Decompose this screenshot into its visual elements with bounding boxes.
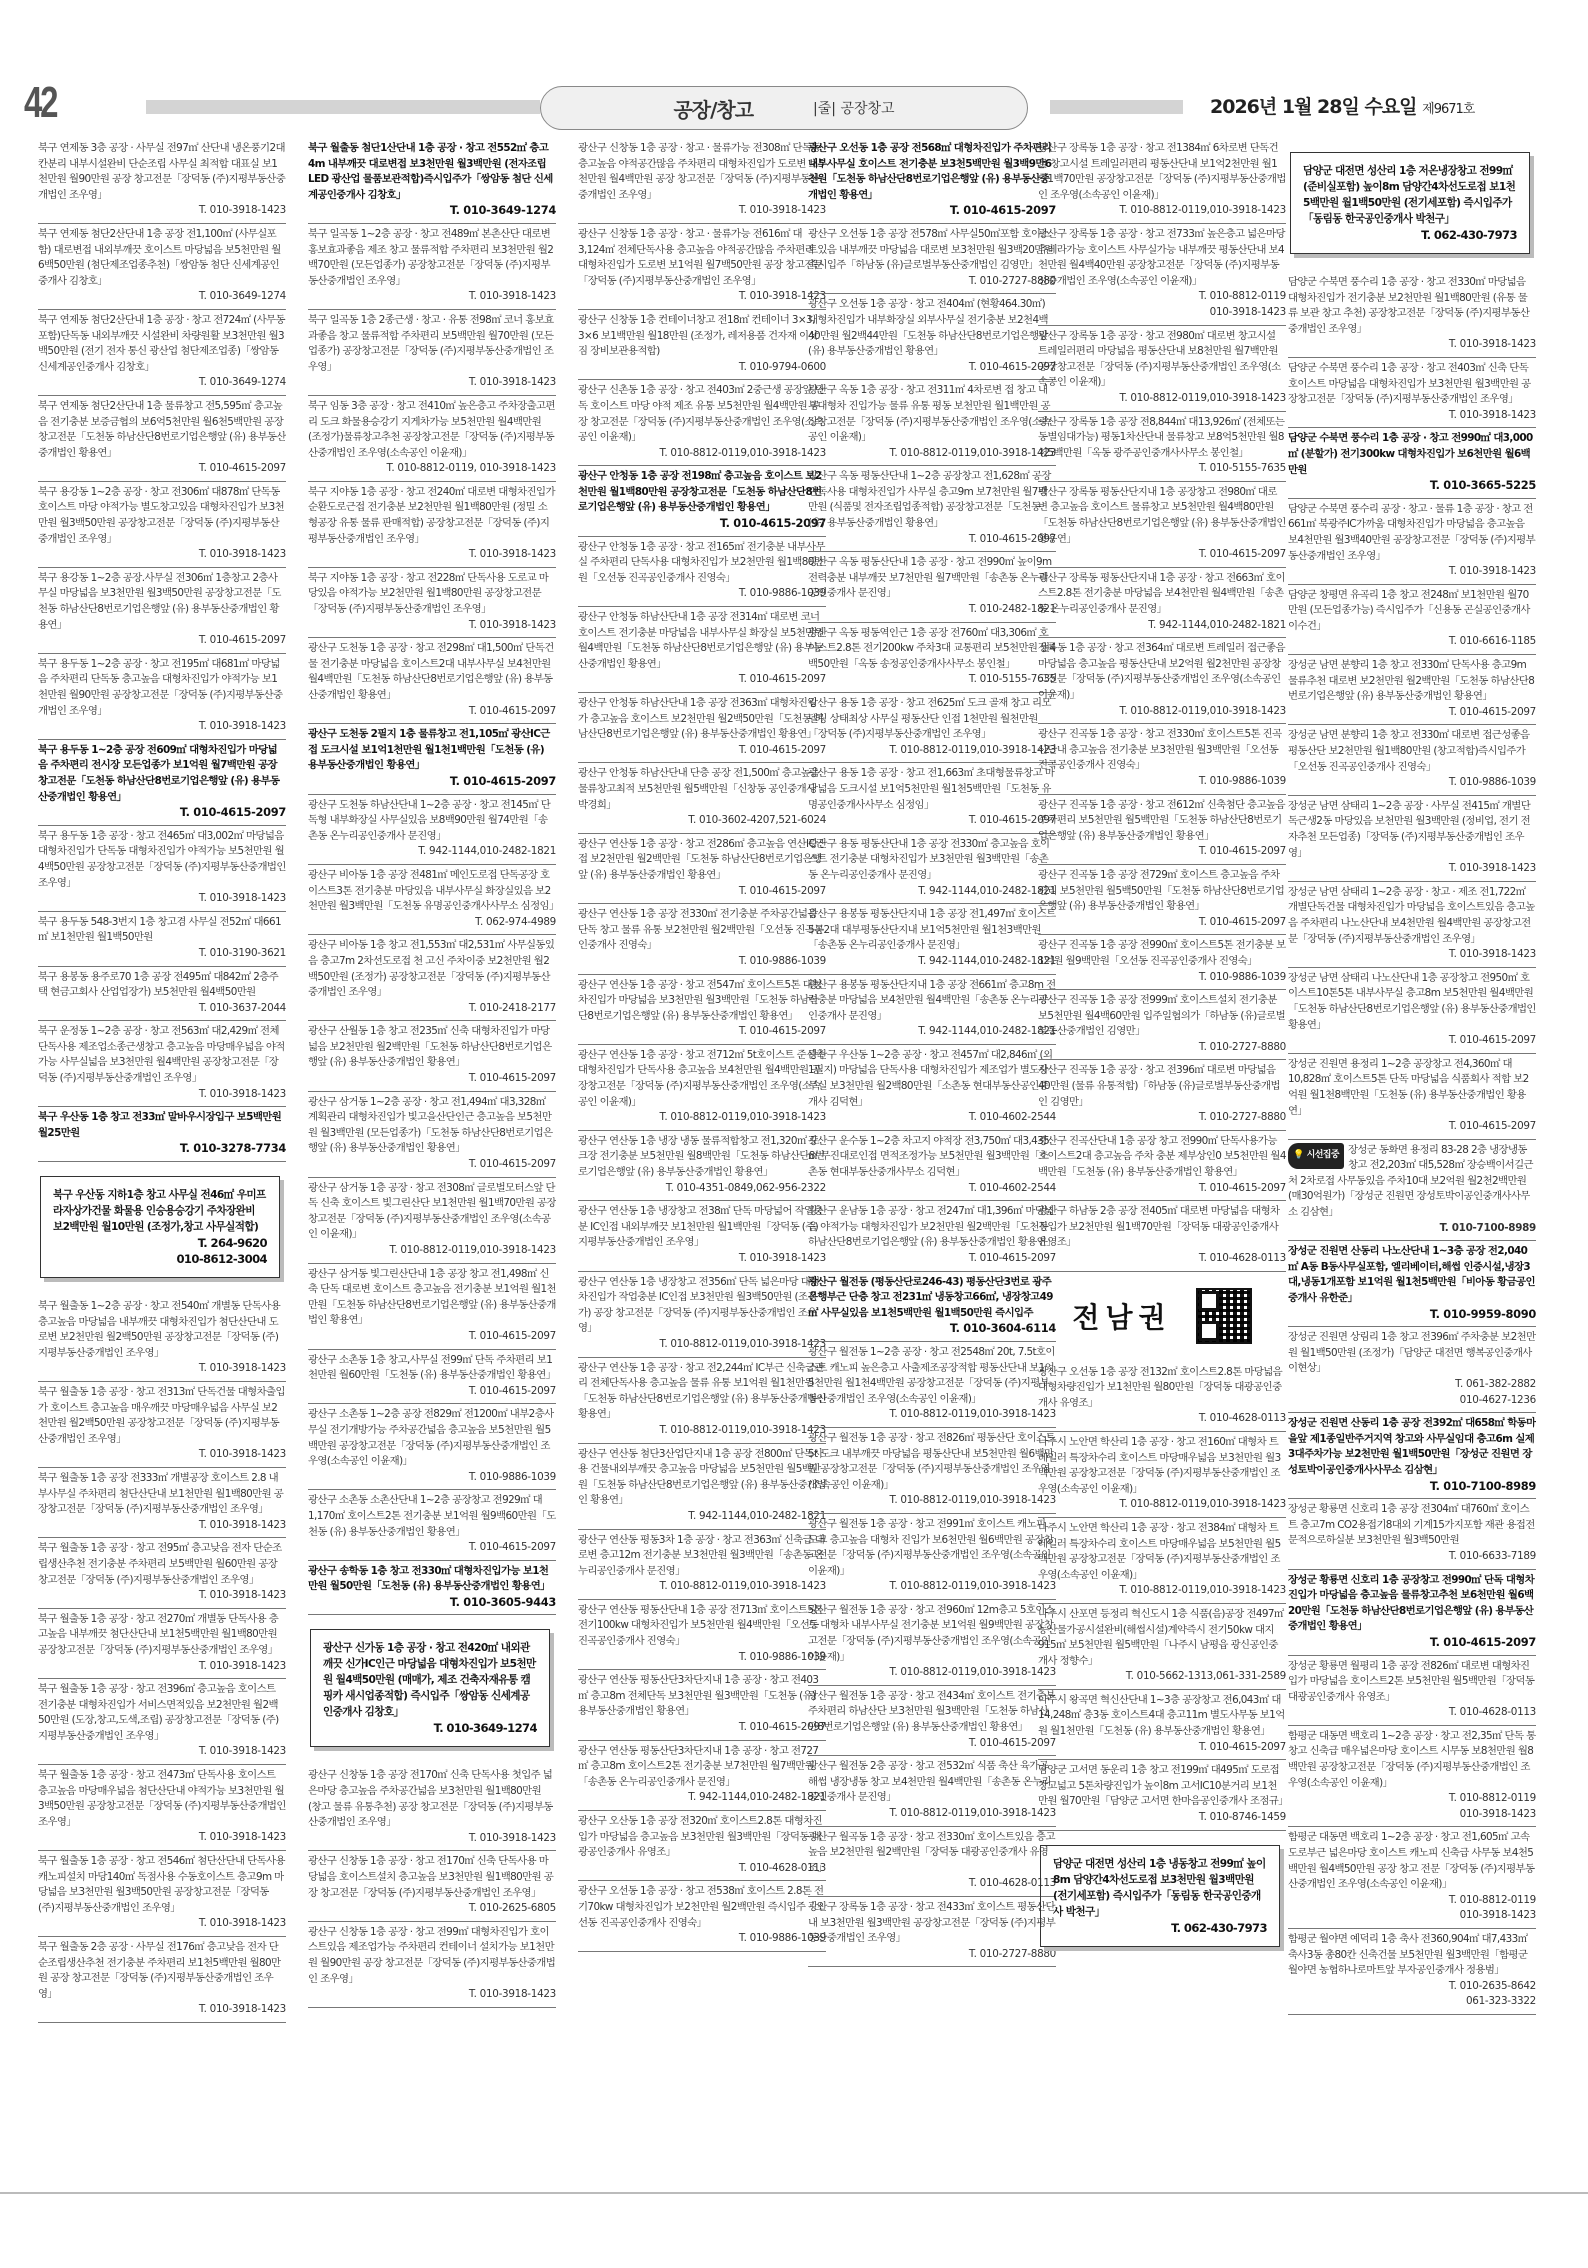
ad-phone: T. 010-4615-2097	[38, 633, 286, 649]
classified-ad: 북구 연제동 3층 공장 · 사무실 전97㎡ 산단내 냉온풍기2대 칸분리 내…	[38, 138, 286, 224]
classified-ad: 광산구 안청동 하남산단내 단층 공장 전1,500㎡ 층고높음 물류창고최적 …	[578, 763, 826, 833]
ad-text: 광산구 우산동 1~2층 공장 · 창고 전457㎡ 대2,846㎡ (외 1필…	[808, 1049, 1052, 1108]
ad-phone: T. 010-3637-2044	[38, 1001, 286, 1017]
ad-phone: T. 010-2727-8880	[1038, 1040, 1286, 1056]
classified-ad: 광산구 산월동 1층 창고 전235㎡ 신축 대형차진입가 마당넓음 보2천만원…	[308, 1021, 556, 1091]
classified-ad: 북구 월출동 1층 공장 · 창고 전270㎡ 개별동 단독사용 층고높음 내부…	[38, 1609, 286, 1679]
classified-ad: 광산구 신창동 1층 공장 · 창고 전170㎡ 신축 단독사용 마당넓음 호이…	[308, 1851, 556, 1921]
ad-phone: T. 010-4615-2097	[1038, 915, 1286, 931]
ad-text: 광산구 신창동 1층 공장 전170㎡ 신축 단독사용 첫입주 넓은마당 층고높…	[308, 1769, 553, 1828]
classified-ad: 광산구 연산동 평동산단3차단지내 1층 공장 · 창고 전727㎡ 층고8m …	[578, 1741, 826, 1811]
classified-ad: 광산구 월전동 1층 공장 · 창고 전434㎡ 호이스트 전기충분 주차편리 …	[808, 1686, 1056, 1756]
ad-phone-secondary: 010-8612-3004	[53, 1251, 267, 1267]
classified-ad: 광산구 용봉동 평동산단지내 1층 공장 전661㎡ 층고8m 전력충분 마당넓…	[808, 975, 1056, 1045]
ad-text: 북구 지야동 1층 공장 · 창고 전240㎡ 대로변 대형차진입가 순환도로근…	[308, 486, 555, 545]
ad-text: 광산구 신가동 1층 공장 · 창고 전420㎡ 내외관깨끗 신가IC인근 마당…	[323, 1642, 536, 1718]
ad-phone: T. 010-8812-0119	[1288, 1791, 1536, 1807]
ad-text: 광산구 월전동 1층 공장 · 창고 전826㎡ 평동산단 호이스트5t 도크 …	[808, 1432, 1055, 1491]
classified-ad: 장성군 황룡면 월평리 1층 공장 전826㎡ 대로변 대형차진입가 마당넓음 …	[1288, 1656, 1536, 1726]
ad-phone: T. 010-4615-2097	[808, 1251, 1056, 1267]
ad-text: 광산구 연산동 1층 공장 · 창고 전286㎡ 층고높음 연산IC근접 보2천…	[578, 838, 825, 881]
classified-ad: 광산구 운수동 1~2층 차고지 야적장 전3,750㎡ 대3,435㎡ 무진대…	[808, 1131, 1056, 1201]
ad-phone: T. 010-4351-0849,062-956-2322	[578, 1181, 826, 1197]
ad-phone: T. 010-4615-2097	[1038, 844, 1286, 860]
ad-text: 나주시 왕곡면 혁신산단내 1~3층 공장창고 전6,043㎡ 대14,248㎡…	[1038, 1694, 1285, 1737]
boxed-ad: 광산구 신가동 1층 공장 · 창고 전420㎡ 내외관깨끗 신가IC인근 마당…	[310, 1629, 550, 1747]
ad-phone: T. 010-8812-0119,010-3918-1423	[808, 446, 1056, 462]
ad-phone-secondary: 010-3918-1423	[1038, 305, 1286, 321]
ad-phone: T. 010-8812-0119,010-3918-1423	[808, 743, 1056, 759]
ad-text: 나주시 노안면 학산리 1층 공장 · 창고 전160㎡ 대형차 트레일러 특장…	[1038, 1436, 1281, 1495]
ad-phone: T. 010-8812-0119,010-3918-1423	[1038, 1497, 1286, 1513]
ad-phone: T. 010-3605-9443	[308, 1595, 556, 1611]
ad-phone: T. 010-3918-1423	[38, 1659, 286, 1675]
ad-text: 담양군 대전면 성산리 1층 냉동창고 전99㎡ 높이8m 담양간4차선도로접 …	[1053, 1858, 1266, 1918]
ad-phone: T. 010-8812-0119,010-3918-1423	[808, 1806, 1056, 1822]
classified-ad: 광산구 안청동 하남산단내 1층 공장 전363㎡ 대형차진입가 층고높음 호이…	[578, 693, 826, 763]
ad-phone: T. 010-3918-1423	[1288, 408, 1536, 424]
classified-ad: 광산구 장록동 평동산단지내 1층 공장창고 전980㎡ 대로변 층고높음 호이…	[1038, 482, 1286, 568]
ad-phone: T. 010-3190-3621	[38, 946, 286, 962]
ad-text: 광산구 오선동 1층 공장 전568㎡ 대형차진입가 주차편리 내부사무실 호이…	[808, 142, 1051, 201]
ad-text: 북구 월출동 1층 공장 · 창고 전95㎡ 층고낮음 전자 단순조립생산추천 …	[38, 1542, 282, 1585]
classified-ad: 광산구 월곡동 1층 공장 · 창고 전330㎡ 호이스트있음 층고높음 보2천…	[808, 1827, 1056, 1897]
ad-text: 장성군 남면 분향리 1층 창고 전330㎡ 대로변 접근성좋음 평동산단 보2…	[1288, 729, 1530, 772]
ad-text: 광산구 용동 1층 공장 · 창고 전1,663㎡ 초대형물류창고 마당넓음 도…	[808, 767, 1054, 810]
ad-text: 장성군 황룡면 월평리 1층 공장 전826㎡ 대로변 대형차진입가 마당넓음 …	[1288, 1660, 1534, 1703]
ad-phone: T. 010-4615-2097	[1288, 705, 1536, 721]
section-title: 공장/창고	[673, 94, 753, 123]
ad-phone: T. 942-1144,010-2482-1821	[308, 844, 556, 860]
ad-phone: T. 010-3918-1423	[308, 547, 556, 563]
ad-phone: T. 264-9620	[53, 1235, 267, 1251]
classified-ad: 북구 월출동 1층 공장 · 창고 전396㎡ 층고높음 호이스트 전기충분 대…	[38, 1679, 286, 1765]
ad-phone: T. 010-4615-2097	[578, 884, 826, 900]
ad-phone: T. 010-3918-1423	[1288, 337, 1536, 353]
ad-text: 광산구 장록동 1층 공장 · 창고 전980㎡ 대로변 창고시설 트레일러편리…	[1038, 330, 1281, 389]
classified-ad: 광산구 오선동 1층 공장 전578㎡ 사무실50㎡포함 호이스트있음 내부깨끗…	[808, 224, 1056, 294]
ad-phone: T. 010-4615-2097	[308, 1157, 556, 1173]
classified-ad: 나주시 노안면 학산리 1층 공장 · 창고 전160㎡ 대형차 트레일러 특장…	[1038, 1432, 1286, 1518]
ad-phone: T. 942-1144,010-2482-1821	[578, 1509, 826, 1525]
ad-phone: T. 010-3918-1423	[308, 1987, 556, 2003]
classified-ad: 광산구 진곡동 1층 공장 전999㎡ 호이스트설치 전기충분 보5천만원 월4…	[1038, 990, 1286, 1060]
ad-phone: T. 010-3918-1423	[38, 1361, 286, 1377]
ad-text: 광산구 연산동 평동산단3차단지내 1층 공장 · 창고 전403㎡ 층고8m …	[578, 1674, 818, 1717]
ad-phone: T. 010-4615-2097	[308, 1071, 556, 1087]
classified-ad: 광산구 오선동 1층 공장 전568㎡ 대형차진입가 주차편리 내부사무실 호이…	[808, 138, 1056, 224]
ad-text: 북구 연제동 첨단2산단내 1층 공장 · 창고 전724㎡ (사무동포함)단독…	[38, 314, 285, 373]
column-6: 담양군 대전면 성산리 1층 저온냉장창고 전99㎡ (준비실포함) 높이8m …	[1288, 138, 1536, 2218]
ad-text: 북구 일곡동 1층 2종근생 · 창고 · 유통 전98㎡ 코너 홍보효과좋음 …	[308, 314, 554, 373]
region-header: 전남권	[1038, 1272, 1286, 1362]
classified-ad: 광산구 안청동 하남산단내 1층 공장 전314㎡ 대로변 코너 호이스트 전기…	[578, 607, 826, 693]
ad-text: 북구 월출동 1층 공장 · 창고 전313㎡ 단독건물 대형차출입가 호이스트…	[38, 1386, 285, 1445]
ad-phone: T. 010-9886-1039	[308, 1470, 556, 1486]
classified-ad: 북구 연제동 첨단2산단내 1층 물류창고 전5,595㎡ 층고높음 전기충분 …	[38, 396, 286, 482]
ad-text: 북구 우산동 1층 창고 전33㎡ 말바우시장입구 보5백만원 월25만원	[38, 1111, 281, 1139]
ad-phone: T. 010-3918-1423	[38, 719, 286, 735]
ad-text: 광산구 옥동 평동산단내 1~2층 공장창고 전1,628㎡ 공장단독사용 대형…	[808, 470, 1051, 529]
issue-number: 제9671호	[1422, 102, 1474, 117]
classified-ad: 광산구 연산동 첨단3산업단지내 1층 공장 전800㎡ 단독사용 건물내외부깨…	[578, 1444, 826, 1530]
ad-phone: T. 010-3649-1274	[323, 1720, 537, 1736]
ad-text: 광산구 오선동 1층 공장 · 창고 전538㎡ 호이스트 2.8톤 전기70k…	[578, 1885, 825, 1928]
classified-ad: 장성군 남면 삼태리 1~2층 공장 · 사무실 전415㎡ 개별단독근생2동 …	[1288, 796, 1536, 882]
ad-text: 광산구 옥동 평동역인근 1층 공장 전760㎡ 대3,306㎡ 호이스트2.8…	[808, 627, 1056, 670]
ad-phone: T. 010-3918-1423	[38, 1518, 286, 1534]
classified-ad: 광산구 오선동 1층 공장 전132㎡ 호이스트2.8톤 마당넓음 대형차량진입…	[1038, 1362, 1286, 1432]
classified-ad: 북구 일곡동 1층 2종근생 · 창고 · 유통 전98㎡ 코너 홍보효과좋음 …	[308, 310, 556, 396]
classified-ad: 북구 월출동 1층 공장 전333㎡ 개별공장 호이스트 2.8 내부사무실 주…	[38, 1468, 286, 1538]
ad-text: 광산구 연산동 1층 공장 · 창고 전2,244㎡ IC부근 신축급관리 전체…	[578, 1362, 826, 1421]
classified-ad: 광산구 우산동 1~2층 공장 · 창고 전457㎡ 대2,846㎡ (외 1필…	[808, 1045, 1056, 1131]
ad-phone: T. 010-2625-6805	[308, 1901, 556, 1917]
ad-text: 광산구 용봉동 평동산단지내 1층 공장 전1,497㎡ 호이스트5톤2대 대부…	[808, 908, 1056, 951]
ad-text: 광산구 삼거동 빛그린산단내 1층 공장 창고 전1,498㎡ 신축 단독 대로…	[308, 1268, 556, 1327]
classified-ad: 광산구 장록동 1층 공장 · 창고 전1384㎡ 6차로변 단독건물 창고시설…	[1038, 138, 1286, 224]
ad-phone: T. 010-3918-1423	[38, 2002, 286, 2018]
ad-text: 북구 일곡동 1~2층 공장 · 창고 전489㎡ 본촌산단 대로변 홍보효과좋…	[308, 228, 553, 287]
ad-phone-secondary: 010-4627-1236	[1288, 1393, 1536, 1409]
ad-text: 광산구 월전동 2층 공장 · 창고 전532㎡ 식품 축산 육가공 해썹 냉장…	[808, 1760, 1051, 1803]
ad-text: 광산구 월곡동 1층 공장 · 창고 전330㎡ 호이스트있음 층고높음 보2천…	[808, 1831, 1055, 1874]
ad-text: 광산구 진곡동 1층 공장 전999㎡ 호이스트설치 전기충분 보5천만원 월4…	[1038, 994, 1285, 1037]
classified-ad: 광산구 연산동 평동3차 1층 공장 · 창고 전363㎡ 신축급 대로변 층고…	[578, 1530, 826, 1600]
ad-text: 장성군 남면 분향리 1층 창고 전330㎡ 단독사용 층고9m 물류추천 대로…	[1288, 659, 1534, 702]
ad-text: 광산구 장록동 평동산단지내 1층 공장 · 창고 전663㎡ 호이스트2.8톤…	[1038, 572, 1285, 615]
ad-phone: T. 010-3602-4207,521-6024	[578, 813, 826, 829]
ad-phone: T. 010-3918-1423	[578, 203, 826, 219]
ad-phone: T. 010-8812-0119,010-3918-1423	[578, 1579, 826, 1595]
ad-text: 광산구 삼거동 1~2층 공장 · 창고 전1,494㎡ 대3,328㎡ 계획관…	[308, 1096, 552, 1155]
ad-text: 광산구 신촌동 1층 공장 · 창고 전403㎡ 2중근생 공장앞 단독 호이스…	[578, 384, 824, 443]
classified-ad: 북구 용강동 1~2층 공장.사무실 전306㎡ 1층창고 2층사무실 마당넓음…	[38, 568, 286, 654]
ad-text: 장성군 남면 삼태리 나노산단내 1층 공장창고 전950㎡ 호이스트10톤5톤…	[1288, 972, 1536, 1031]
ad-text: 장성군 진원면 용정리 1~2층 공장창고 전4,360㎡ 대10,828㎡ 호…	[1288, 1058, 1529, 1117]
ad-text: 광산구 옥동 1층 공장 · 창고 전311㎡ 4차로변 접 창고 내부대형차 …	[808, 384, 1051, 443]
ad-phone: T. 010-4628-0113	[578, 1861, 826, 1877]
ad-text: 북구 월출동 1층 공장 전333㎡ 개별공장 호이스트 2.8 내부사무실 주…	[38, 1472, 283, 1515]
ad-text: 광산구 신창동 1층 공장 · 창고 전99㎡ 대형차진입가 호이스트있음 제조…	[308, 1926, 555, 1985]
classified-ad: 광산구 용봉동 평동산단지내 1층 공장 전1,497㎡ 호이스트5톤2대 대부…	[808, 904, 1056, 974]
classified-ad: 광산구 진곡동 1층 공장 전990㎡ 호이스트5톤 전기충분 보1억원 월9백…	[1038, 935, 1286, 990]
ad-text: 광산구 진곡동 1층 공장 · 창고 전396㎡ 대로변 마당넓음 40만원 (…	[1038, 1064, 1280, 1107]
ad-text: 북구 용봉동 용주로70 1층 공장 전495㎡ 대842㎡ 2층주택 현금고회…	[38, 971, 278, 999]
ad-phone: T. 010-4628-0113	[1038, 1411, 1286, 1427]
column-3: 광산구 신창동 1층 공장 · 창고 · 물류가능 전308㎡ 단독동 층고높음…	[578, 138, 826, 2218]
ad-phone: T. 010-4615-2097	[1038, 547, 1286, 563]
ad-text: 담양군 수북면 풍수리 공장 · 창고 · 물류 1층 공장 · 창고 전661…	[1288, 503, 1535, 562]
classified-ad: 광산구 연산동 1층 냉장 냉동 물류적합창고 전1,320㎡ 도크장 전기충분…	[578, 1131, 826, 1201]
ad-text: 장성군 황룡면 신호리 1층 공장창고 전990㎡ 단독 대형차진입가 마당넓음…	[1288, 1574, 1534, 1633]
ad-text: 광산구 안청동 하남산단내 1층 공장 전363㎡ 대형차진입가 층고높음 호이…	[578, 697, 824, 740]
classified-ad: 광산구 연산동 1층 공장 전330㎡ 전기충분 주차공간넓음 단독 창고 물류…	[578, 904, 826, 974]
ad-text: 광산구 용동 평동산단내 1층 공장 전330㎡ 층고높음 호이스트 전기충분 …	[808, 838, 1050, 881]
classified-columns: 북구 연제동 3층 공장 · 사무실 전97㎡ 산단내 냉온풍기2대 칸분리 내…	[38, 138, 1558, 2218]
ad-text: 광산구 진곡산단내 1층 공장 창고 전990㎡ 단독사용가능 호이스트2대 층…	[1038, 1135, 1286, 1178]
ad-phone: T. 010-3918-1423	[578, 289, 826, 305]
classified-ad: 북구 월출동 2층 공장 · 사무실 전176㎡ 층고낮음 전자 단순조립생산추…	[38, 1937, 286, 2023]
ad-phone: T. 010-3918-1423	[1288, 947, 1536, 963]
ad-text: 북구 운정동 1~2층 공장 · 창고 전563㎡ 대2,429㎡ 전체단독사용…	[38, 1025, 285, 1084]
classified-ad: 광산구 하남동 2층 공장 전405㎡ 대로변 마당넓음 대형차진입가 보2천만…	[1038, 1201, 1286, 1271]
ad-text: 북구 연제동 첨단2산단내 1층 물류창고 전5,595㎡ 층고높음 전기충분 …	[38, 400, 286, 459]
ad-text: 광산구 산월동 1층 창고 전235㎡ 신축 대형차진입가 마당넓음 보2천만원…	[308, 1025, 552, 1068]
classified-ad: 북구 연제동 첨단2산단내 1층 공장 · 창고 전724㎡ (사무동포함)단독…	[38, 310, 286, 396]
ad-phone: T. 010-3918-1423	[1288, 564, 1536, 580]
ad-text: 함평군 대동면 백호리 1~2층 공장 · 창고 전1,605㎡ 고속도로부근 …	[1288, 1831, 1534, 1890]
classified-ad: 광산구 진곡동 1층 공장 · 창고 전330㎡ 호이스트5톤 진곡산단내 층고…	[1038, 724, 1286, 794]
ad-text: 광산구 연산동 1층 냉장 냉동 물류적합창고 전1,320㎡ 도크장 전기충분…	[578, 1135, 824, 1178]
ad-phone: T. 010-9886-1039	[1038, 970, 1286, 986]
ad-text: 광산구 장록동 1층 공장 · 창고 전433㎡ 호이스트 평동산단내 보3천만…	[808, 1901, 1055, 1944]
ad-phone: T. 010-9886-1039	[1288, 775, 1536, 791]
ad-phone: T. 010-3918-1423	[38, 1830, 286, 1846]
ad-text: 광산구 운수동 1~2층 차고지 야적장 전3,750㎡ 대3,435㎡ 무진대…	[808, 1135, 1049, 1178]
classified-ad: 북구 용봉동 용주로70 1층 공장 전495㎡ 대842㎡ 2층주택 현금고회…	[38, 967, 286, 1022]
classified-ad: 광산구 월전동 (평동산단로246-43) 평동산단3번로 광주은행부근 단층 …	[808, 1272, 1056, 1342]
classified-ad: 담양군 수북면 풍수리 1층 공장 · 창고 전330㎡ 마당넓음 대형차진입가…	[1288, 272, 1536, 358]
classified-ad: 광산구 신창동 1층 컨테이너창고 전18㎡ 컨테이너 3×3, 3×6 보1백…	[578, 310, 826, 380]
ad-phone: T. 010-4615-2097	[578, 672, 826, 688]
ad-text: 담양군 창평면 유곡리 1층 창고 전248㎡ 보1천만원 월70만원 (모든업…	[1288, 589, 1530, 632]
ad-text: 광산구 안청동 하남산단내 1층 공장 전314㎡ 대로변 코너 호이스트 전기…	[578, 611, 824, 670]
ad-phone: T. 010-4615-2097	[1288, 1119, 1536, 1135]
ad-text: 광산구 연산동 1층 공장 전330㎡ 전기충분 주차공간넓음 단독 창고 물류…	[578, 908, 824, 951]
ad-text: 광산구 연산동 1층 공장 · 창고 전712㎡ 5t호이스트 준신축 대형차진…	[578, 1049, 825, 1108]
ad-phone: T. 010-4615-2097	[578, 1024, 826, 1040]
classified-ad: 북구 지야동 1층 공장 · 창고 전240㎡ 대로변 대형차진입가 순환도로근…	[308, 482, 556, 568]
ad-phone: T. 010-4615-2097	[578, 1720, 826, 1736]
spotlight-badge: 💡시선집중	[1288, 1143, 1344, 1169]
ad-text: 광산구 진곡동 1층 공장 · 창고 전612㎡ 신축첨단 층고높음 주차편리 …	[1038, 799, 1285, 842]
ad-phone: T. 010-3918-1423	[38, 891, 286, 907]
classified-ad: 광산구 안청동 1층 공장 전198㎡ 층고높음 호이스트 보2천만원 월1백8…	[578, 466, 826, 536]
ad-text: 담양군 수북면 풍수리 1층 공장 · 창고 전990㎡ 대3,000㎡ (분할…	[1288, 432, 1533, 475]
classified-ad: 함평군 월야면 예덕리 1층 축사 전360,904㎡ 대7,433㎡ 축사3동…	[1288, 1929, 1536, 2015]
ad-text: 광산구 오선동 1층 공장 전578㎡ 사무실50㎡포함 호이스트있음 내부깨끗…	[808, 228, 1053, 271]
classified-ad: 장성군 남면 분향리 1층 창고 전330㎡ 대로변 접근성좋음 평동산단 보2…	[1288, 725, 1536, 795]
classified-ad: 장성군 진원면 산동리 나노산단내 1~3층 공장 전2,040㎡ A동 B동사…	[1288, 1241, 1536, 1327]
boxed-ad: 담양군 대전면 성산리 1층 냉동창고 전99㎡ 높이8m 담양간4차선도로접 …	[1040, 1845, 1280, 1947]
ad-text: 광산구 월전동 (평동산단로246-43) 평동산단3번로 광주은행부근 단층 …	[808, 1276, 1053, 1319]
ad-text: 함평군 월야면 예덕리 1층 축사 전360,904㎡ 대7,433㎡ 축사3동…	[1288, 1933, 1527, 1976]
ad-text: 북구 용두동 1~2층 공장 · 창고 전195㎡ 대681㎡ 마당넓음 주차편…	[38, 658, 282, 717]
qr-code-icon[interactable]	[1196, 1288, 1252, 1344]
ad-phone: T. 010-2418-2177	[308, 1001, 556, 1017]
ad-phone: T. 010-4615-2097	[578, 743, 826, 759]
classified-ad: 북구 용두동 1~2층 공장 전609㎡ 대형차진입가 마당넓음 주차편리 전시…	[38, 740, 286, 826]
ad-text: 광산구 진곡동 1층 공장 · 창고 전330㎡ 호이스트5톤 진곡산단내 층고…	[1038, 728, 1281, 771]
classified-ad: 광산구 도천동 1층 공장 · 창고 전298㎡ 대1,500㎡ 단독건물 전기…	[308, 638, 556, 724]
ad-text: 광산구 옥동 평동산단내 1층 공장 · 창고 전990㎡ 높이9m 전력충분 …	[808, 556, 1052, 599]
ad-text: 장성군 남면 삼태리 1~2층 공장 · 창고 · 제조 전1,722㎡ 개별단…	[1288, 886, 1535, 945]
boxed-ad: 북구 우산동 지하1층 창고 사무실 전46㎡ 우미프라자상가건물 화물용 인승…	[40, 1176, 280, 1278]
ad-text: 담양군 수북면 풍수리 1층 공장 · 창고 전403㎡ 신축 단독 호이스트 …	[1288, 362, 1531, 405]
classified-ad: 장성군 황룡면 신호리 1층 공장창고 전990㎡ 단독 대형차진입가 마당넓음…	[1288, 1570, 1536, 1656]
ad-phone: T. 010-8812-0119,010-3918-1423	[808, 1579, 1056, 1595]
ad-phone: T. 010-4602-2544	[808, 1110, 1056, 1126]
ad-phone-secondary: 010-3918-1423	[1288, 1908, 1536, 1924]
ad-text: 광산구 연산동 첨단3산업단지내 1층 공장 전800㎡ 단독사용 건물내외부깨…	[578, 1448, 826, 1507]
classified-ad: 함평군 대동면 백호리 1~2층 공장 · 창고 전1,605㎡ 고속도로부근 …	[1288, 1827, 1536, 1929]
section-label: 공장/창고 |줄| 공장창고	[540, 86, 1028, 130]
ad-text: 광산구 운남동 1층 공장 · 창고 전247㎡ 대1,396㎡ 마당넓음 야적…	[808, 1205, 1056, 1248]
ad-text: 광산구 도천동 1층 공장 · 창고 전298㎡ 대1,500㎡ 단독건물 전기…	[308, 642, 554, 701]
classified-ad: 광산구 신창동 1층 공장 · 창고 · 물류가능 전616㎡ 대3,124㎡ …	[578, 224, 826, 310]
ad-text: 북구 월출동 1층 공장 · 창고 전546㎡ 첨단산단내 단독사용 캐노피설치…	[38, 1855, 285, 1914]
ad-phone: T. 010-3918-1423	[38, 1916, 286, 1932]
subsection-title: |줄| 공장창고	[813, 98, 895, 118]
classified-ad: 북구 용두동 548-3번지 1층 창고겸 사무실 전52㎡ 대661㎡ 보1천…	[38, 912, 286, 967]
column-4: 광산구 오선동 1층 공장 전568㎡ 대형차진입가 주차편리 내부사무실 호이…	[808, 138, 1056, 2218]
ad-phone: T. 010-4615-2097	[38, 461, 286, 477]
classified-ad: 담양군 고서면 동운리 1층 창고 전199㎡ 대495㎡ 도로접 창고넓고 5…	[1038, 1760, 1286, 1830]
classified-ad: 광산구 진곡동 1층 공장 · 창고 전612㎡ 신축첨단 층고높음 주차편리 …	[1038, 795, 1286, 865]
featured-ad: 💡시선집중장성군 동화면 용정리 83-28 2층 냉장냉동창고 전2,203㎡…	[1288, 1140, 1536, 1242]
classified-ad: 담양군 수북면 풍수리 1층 공장 · 창고 전403㎡ 신축 단독 호이스트 …	[1288, 358, 1536, 428]
ad-text: 광산구 진곡동 1층 공장 전990㎡ 호이스트5톤 전기충분 보1억원 월9백…	[1038, 939, 1286, 967]
classified-ad: 나주시 산포면 등정리 혁신도시 1층 식품(음)공장 전497㎡ 농산물가공시…	[1038, 1604, 1286, 1690]
classified-ad: 광산구 비아동 1층 공장 전481㎡ 메인도로접 단독공장 호이스트3톤 전기…	[308, 865, 556, 935]
ad-text: 나주시 노안면 학산리 1층 공장 · 창고 전384㎡ 대형차 트레일러 특장…	[1038, 1522, 1281, 1581]
ad-phone: T. 010-2727-8880	[808, 274, 1056, 290]
ad-text: 담양군 고서면 동운리 1층 창고 전199㎡ 대495㎡ 도로접 창고넓고 5…	[1038, 1764, 1286, 1807]
ad-text: 광산구 오산동 1층 공장 전320㎡ 호이스트2.8톤 대형차진입가 마당넓음…	[578, 1815, 822, 1858]
ad-phone: T. 010-3918-1423	[308, 289, 556, 305]
ad-phone: T. 942-1144,010-2482-1821	[808, 884, 1056, 900]
ad-phone: T. 010-4615-2097	[308, 1329, 556, 1345]
ad-phone: T. 010-3649-1274	[38, 375, 286, 391]
classified-ad: 광산구 용동 평동산단내 1층 공장 전330㎡ 층고높음 호이스트 전기충분 …	[808, 834, 1056, 904]
ad-phone: T. 010-8812-0119,010-3918-1423	[1038, 391, 1286, 407]
ad-text: 광산구 연산동 평동산단내 1층 공장 전713㎡ 호이스트5톤 전기100kw…	[578, 1604, 823, 1647]
ad-phone-secondary: 061-323-3322	[1288, 1994, 1536, 2010]
classified-ad: 광산구 신창동 1층 공장 전170㎡ 신축 단독사용 첫입주 넓은마당 층고높…	[308, 1765, 556, 1851]
ad-phone: T. 010-3918-1423	[38, 1447, 286, 1463]
classified-ad: 담양군 창평면 유곡리 1층 창고 전248㎡ 보1천만원 월70만원 (모든업…	[1288, 585, 1536, 655]
ad-phone: T. 010-8812-0119	[1288, 1893, 1536, 1909]
ad-phone: T. 010-3649-1274	[38, 289, 286, 305]
classified-ad: 광산구 월전동 1층 공장 · 창고 전960㎡ 12m층고 5호이스트 대형차…	[808, 1600, 1056, 1686]
classified-ad: 광산구 삼거동 1~2층 공장 · 창고 전1,494㎡ 대3,328㎡ 계획관…	[308, 1092, 556, 1178]
classified-ad: 광산구 연산동 1층 공장 · 창고 전2,244㎡ IC부근 신축급관리 전체…	[578, 1358, 826, 1444]
ad-phone: T. 010-8812-0119,010-3918-1423	[1038, 704, 1286, 720]
ad-phone: T. 010-4615-2097	[38, 805, 286, 821]
ad-phone: T. 010-9886-1039	[578, 1650, 826, 1666]
ad-phone: T. 010-2482-1821	[808, 602, 1056, 618]
classified-ad: 장성군 진원면 산동리 1층 공장 전392㎡ 대658㎡ 학동마을앞 제1종일…	[1288, 1413, 1536, 1499]
ad-phone: T. 010-2727-8880	[808, 1947, 1056, 1963]
ad-phone: T. 010-3278-7734	[38, 1141, 286, 1157]
ad-text: 광산구 안청동 하남산단내 단층 공장 전1,500㎡ 층고높음 물류창고최적 …	[578, 767, 820, 810]
ad-text: 광산구 장록동 1층 공장 · 창고 전733㎡ 높은층고 넓은마당 츄레라가능…	[1038, 228, 1285, 287]
classified-ad: 장성군 황룡면 신호리 1층 공장 전304㎡ 대760㎡ 호이스트 층고7m …	[1288, 1499, 1536, 1569]
ad-phone: T. 010-8746-1459	[1038, 1810, 1286, 1826]
ad-text: 광산구 소촌동 소촌산단내 1~2층 공장창고 전929㎡ 대1,170㎡ 호이…	[308, 1494, 556, 1537]
ad-phone: T. 010-4615-2097	[308, 1384, 556, 1400]
classified-ad: 광산구 신촌동 1층 공장 · 창고 전403㎡ 2중근생 공장앞 단독 호이스…	[578, 380, 826, 466]
ad-phone: T. 010-4615-2097	[308, 1540, 556, 1556]
classified-ad: 북구 우산동 1층 창고 전33㎡ 말바우시장입구 보5백만원 월25만원T. …	[38, 1107, 286, 1162]
classified-ad: 북구 운정동 1~2층 공장 · 창고 전563㎡ 대2,429㎡ 전체단독사용…	[38, 1021, 286, 1107]
ad-text: 광산구 연산동 평동산단3차단지내 1층 공장 · 창고 전727㎡ 층고8m …	[578, 1745, 818, 1788]
header-rule-right	[1050, 100, 1183, 114]
classified-ad: 광산구 장록동 1층 공장 · 창고 전433㎡ 호이스트 평동산단내 보3천만…	[808, 1897, 1056, 1967]
ad-phone: T. 010-3918-1423	[1288, 861, 1536, 877]
ad-text: 북구 용강동 1~2층 공장 · 창고 전306㎡ 대878㎡ 단독동 호이스트…	[38, 486, 284, 545]
ad-phone: T. 010-8812-0119,010-3918-1423	[1038, 203, 1286, 219]
footer-rule	[0, 2192, 1588, 2194]
ad-text: 광산구 도천동 하남산단내 1~2층 공장 · 창고 전145㎡ 단독형 내부화…	[308, 799, 550, 842]
ad-text: 광산구 소촌동 1층 창고,사무실 전99㎡ 단독 주차편리 보1천만원 월60…	[308, 1354, 556, 1382]
ad-phone: T. 010-3918-1423	[38, 547, 286, 563]
ad-text: 광산구 월전동 1층 공장 · 창고 전960㎡ 12m층고 5호이스트 대형차…	[808, 1604, 1054, 1663]
classified-ad: 광산구 연산동 1층 공장 · 창고 전547㎡ 호이스트5톤 대형차진입가 마…	[578, 975, 826, 1045]
ad-phone: T. 010-4628-0113	[1038, 1251, 1286, 1267]
ad-phone: T. 010-4615-2097	[808, 360, 1056, 376]
ad-text: 광산구 신창동 1층 컨테이너창고 전18㎡ 컨테이너 3×3, 3×6 보1백…	[578, 314, 818, 357]
ad-text: 나주시 산포면 등정리 혁신도시 1층 식품(음)공장 전497㎡ 농산물가공시…	[1038, 1608, 1284, 1667]
ad-phone: T. 010-4615-2097	[308, 704, 556, 720]
ad-phone: T. 010-4615-2097	[1288, 1033, 1536, 1049]
ad-text: 함평군 대동면 백호리 1~2층 공장 · 창고 전2,35㎡ 단독 통창고 신…	[1288, 1730, 1536, 1789]
ad-text: 장록동 1층 공장 · 창고 전364㎡ 대로변 트레일러 접근좋음 마당넓음 …	[1038, 642, 1285, 701]
classified-ad: 북구 월출동 1~2층 공장 · 창고 전540㎡ 개별동 단독사용 층고높음 …	[38, 1296, 286, 1382]
ad-text: 북구 연제동 첨단2산단내 1층 공장 전1,100㎡ (사무실포함) 대로변접…	[38, 228, 281, 287]
ad-phone: T. 010-3918-1423	[38, 1087, 286, 1103]
ad-phone: T. 010-8812-0119,010-3918-1423	[308, 1243, 556, 1259]
ad-text: 광산구 송학동 1층 창고 전330㎡ 대형차진입가능 보1천만원 월50만원「…	[308, 1565, 550, 1593]
classified-ad: 광산구 월전동 1층 공장 · 창고 전991㎡ 호이스트 캐노피 도크 층고높…	[808, 1514, 1056, 1600]
classified-ad: 장성군 남면 삼태리 1~2층 공장 · 창고 · 제조 전1,722㎡ 개별단…	[1288, 882, 1536, 968]
ad-phone: T. 010-4602-2544	[808, 1181, 1056, 1197]
classified-ad: 나주시 왕곡면 혁신산단내 1~3층 공장창고 전6,043㎡ 대14,248㎡…	[1038, 1690, 1286, 1760]
publication-date: 2026년 1월 28일 수요일 제9671호	[1210, 92, 1474, 119]
ad-text: 북구 월출동 첨단1산단내 1층 공장 · 창고 전552㎡ 층고4m 내부깨끗…	[308, 142, 553, 201]
ad-phone: T. 010-8812-0119, 010-3918-1423	[308, 461, 556, 477]
ad-text: 광산구 진곡동 1층 공장 전729㎡ 호이스트 층고높음 주차편리 보5천만원…	[1038, 869, 1284, 912]
classified-ad: 광산구 연산동 1층 냉장창고 전356㎡ 단독 넓은마당 대형차진입가 작업충…	[578, 1272, 826, 1358]
classified-ad: 담양군 수북면 풍수리 1층 공장 · 창고 전990㎡ 대3,000㎡ (분할…	[1288, 428, 1536, 498]
classified-ad: 북구 월출동 1층 공장 · 창고 전473㎡ 단독사용 호이스트 층고높음 마…	[38, 1765, 286, 1851]
classified-ad: 광산구 진곡동 1층 공장 · 창고 전396㎡ 대로변 마당넓음 40만원 (…	[1038, 1060, 1286, 1130]
ad-phone: T. 010-8812-0119,010-3918-1423	[578, 1423, 826, 1439]
classified-ad: 북구 월출동 1층 공장 · 창고 전95㎡ 층고낮음 전자 단순조립생산추천 …	[38, 1538, 286, 1608]
ad-text: 북구 용강동 1~2층 공장.사무실 전306㎡ 1층창고 2층사무실 마당넓음…	[38, 572, 281, 631]
ad-text: 광산구 연산동 평동3차 1층 공장 · 창고 전363㎡ 신축급 대로변 층고…	[578, 1534, 824, 1577]
ad-text: 북구 용두동 548-3번지 1층 창고겸 사무실 전52㎡ 대661㎡ 보1천…	[38, 916, 281, 944]
ad-text: 북구 월출동 1~2층 공장 · 창고 전540㎡ 개별동 단독사용 층고높음 …	[38, 1300, 280, 1359]
classified-ad: 광산구 옥동 평동산단내 1~2층 공장창고 전1,628㎡ 공장단독사용 대형…	[808, 466, 1056, 552]
classified-ad: 광산구 비아동 1층 창고 전1,553㎡ 대2,531㎡ 사무실동있음 층고7…	[308, 935, 556, 1021]
ad-text: 광산구 오선동 1층 공장 전132㎡ 호이스트2.8톤 마당넓음 대형차량진입…	[1038, 1366, 1282, 1409]
ad-phone: T. 010-4615-2097	[808, 532, 1056, 548]
ad-phone: T. 010-4615-2097	[808, 813, 1056, 829]
ad-phone: T. 010-3918-1423	[578, 1251, 826, 1267]
ad-text: 광산구 오선동 1층 공장 · 창고 전404㎡ (현황464.30㎡) 대형차…	[808, 298, 1048, 357]
ad-phone: T. 010-6616-1185	[1288, 634, 1536, 650]
ad-text: 광산구 안청동 1층 공장 전198㎡ 층고높음 호이스트 보2천만원 월1백8…	[578, 470, 822, 513]
classified-ad: 광산구 월전동 1층 공장 · 창고 전826㎡ 평동산단 호이스트5t 도크 …	[808, 1428, 1056, 1514]
ad-phone: T. 010-3918-1423	[38, 1588, 286, 1604]
ad-text: 북구 우산동 지하1층 창고 사무실 전46㎡ 우미프라자상가건물 화물용 인승…	[53, 1189, 266, 1233]
ad-phone: T. 062-430-7973	[1303, 227, 1517, 243]
ad-phone: T. 010-8812-0119,010-3918-1423	[808, 1665, 1056, 1681]
ad-phone: T. 010-9886-1039	[578, 1931, 826, 1947]
ad-phone-secondary: 010-3918-1423	[1288, 1807, 1536, 1823]
